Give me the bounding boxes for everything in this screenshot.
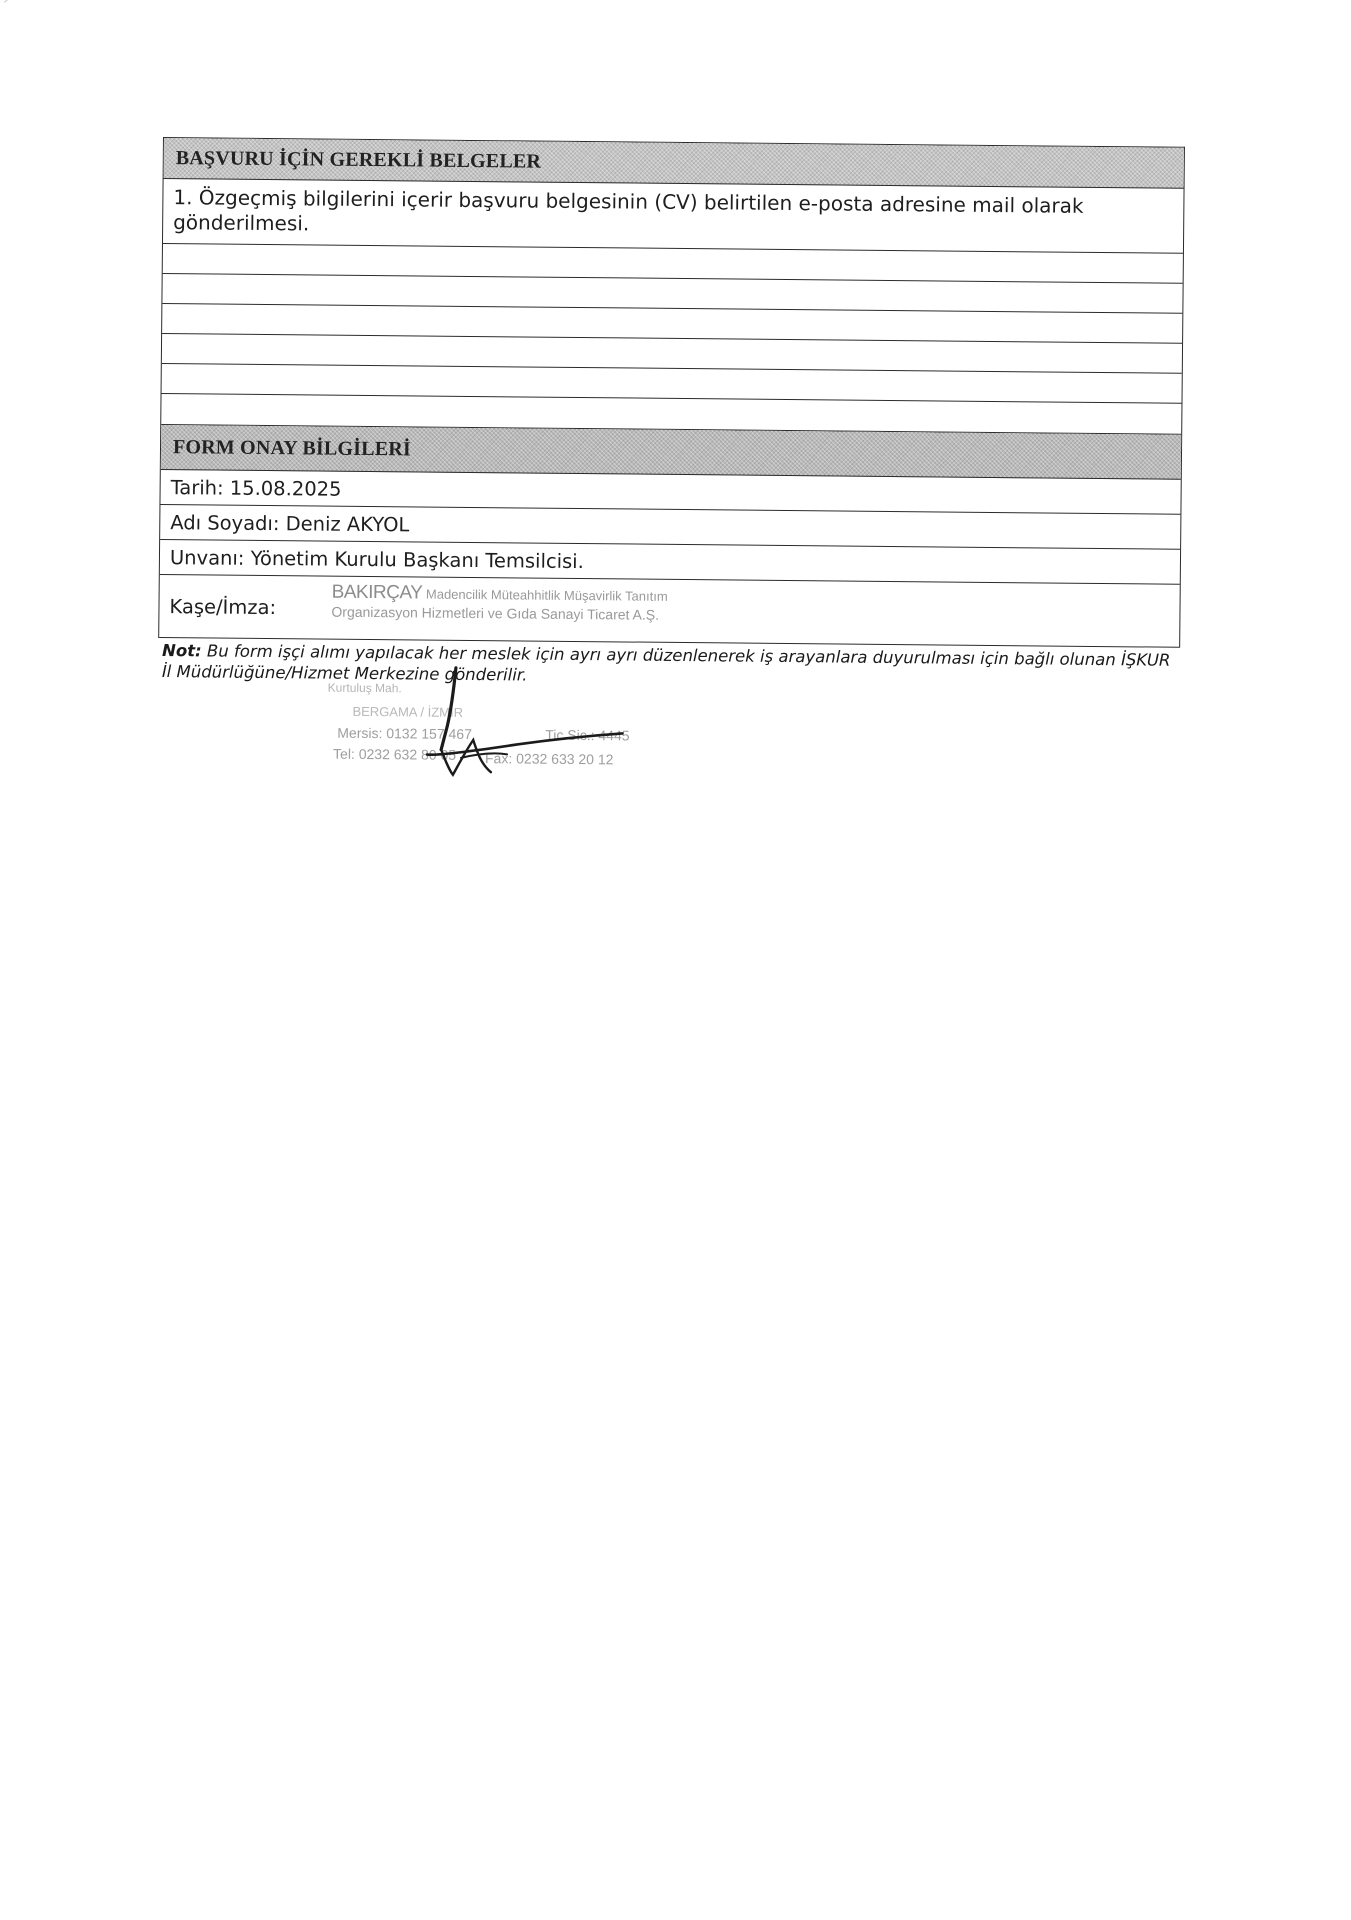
note-label: Not: <box>162 641 202 660</box>
stamp-line-1: Madencilik Müteahhitlik Müşavirlik Tanıt… <box>426 587 668 604</box>
form-note: Not: Bu form işçi alımı yapılacak her me… <box>158 640 1180 692</box>
stamp-fax: Fax: 0232 633 20 12 <box>485 750 614 767</box>
stamp-trade-registry: Tic.Sic.: 4445 <box>545 727 629 744</box>
company-stamp: BAKIRÇAY Madencilik Müteahhitlik Müşavir… <box>331 583 667 625</box>
stamp-phone: Tel: 0232 632 80 05 <box>333 746 456 763</box>
stamp-brand: BAKIRÇAY <box>332 582 423 604</box>
scan-artifact <box>4 0 17 3</box>
required-document-item: 1. Özgeçmiş bilgilerini içerir başvuru b… <box>163 179 1184 254</box>
stamp-city: BERGAMA / İZMİR <box>352 704 463 720</box>
stamp-signature-row: Kaşe/İmza: BAKIRÇAY Madencilik Müteahhit… <box>159 575 1180 648</box>
stamp-mersis: Mersis: 0132 157 467 <box>337 725 472 742</box>
stamp-line-2: Organizasyon Hizmetleri ve Gıda Sanayi T… <box>331 603 667 625</box>
note-text: Bu form işçi alımı yapılacak her meslek … <box>162 641 1171 684</box>
scanned-page: BAŞVURU İÇİN GEREKLİ BELGELER 1. Özgeçmi… <box>0 0 1351 1920</box>
application-form: BAŞVURU İÇİN GEREKLİ BELGELER 1. Özgeçmi… <box>158 137 1185 692</box>
form-table: BAŞVURU İÇİN GEREKLİ BELGELER 1. Özgeçmi… <box>158 137 1185 648</box>
stamp-signature-label: Kaşe/İmza: <box>169 594 276 620</box>
